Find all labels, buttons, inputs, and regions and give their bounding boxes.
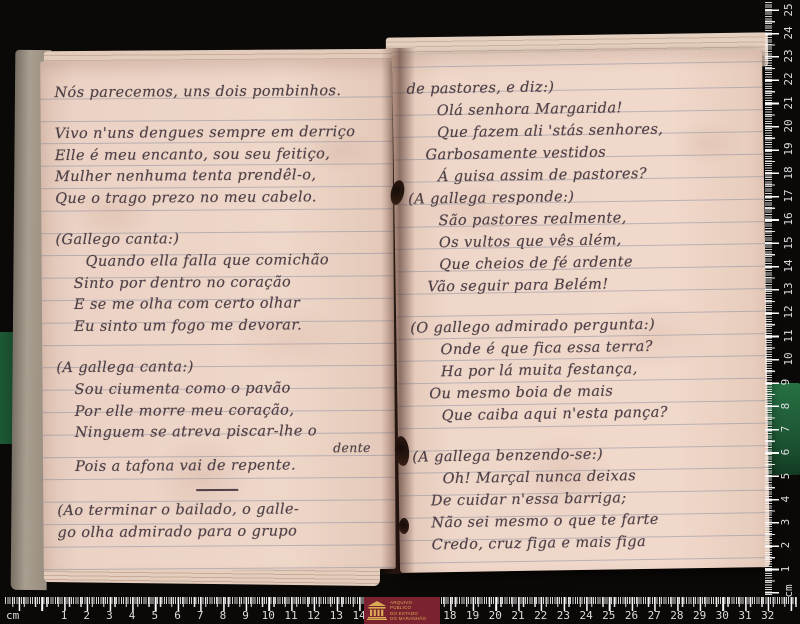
right-ruler-unit-label: cm [782, 584, 795, 597]
right-ruler-number: 8 [779, 402, 792, 409]
right-ruler-number: 1 [779, 565, 792, 572]
bottom-ruler-number: 19 [466, 609, 479, 622]
right-ruler-number: 21 [782, 96, 795, 109]
left-page-text: Nós parecemos, uns dois pombinhos.Vivo n… [40, 59, 396, 571]
handwritten-line: Mulher nenhuma tenta prendêl-o, [55, 165, 385, 189]
bottom-ruler-number: 30 [716, 609, 729, 622]
bottom-ruler-number: 26 [625, 609, 638, 622]
right-ruler-number: 18 [782, 166, 795, 179]
bottom-ruler-number: 3 [106, 609, 113, 622]
bottom-ruler-number: 8 [220, 609, 227, 622]
bottom-ruler-number: 32 [761, 609, 774, 622]
right-ruler-number: 16 [782, 213, 795, 226]
bottom-ruler-number: 4 [129, 609, 136, 622]
bottom-ruler-number: 31 [738, 609, 751, 622]
bottom-ruler-number: 9 [242, 609, 249, 622]
bottom-ruler-number: 21 [511, 609, 524, 622]
bottom-ruler-number: 22 [534, 609, 547, 622]
handwritten-line: Por elle morre meu coração, [57, 399, 387, 423]
handwritten-line: Sou ciumenta como o pavão [56, 378, 386, 402]
right-page: de pastores, e diz:)Olá senhora Margarid… [392, 49, 770, 573]
handwritten-line: Pois a tafona vai de repente. [57, 455, 387, 479]
right-ruler-number: 13 [782, 282, 795, 295]
left-page: Nós parecemos, uns dois pombinhos.Vivo n… [40, 59, 396, 571]
bottom-ruler-number: 7 [197, 609, 204, 622]
handwritten-line: Que o trago prezo no meu cabelo. [55, 187, 385, 211]
right-ruler-number: 10 [782, 352, 795, 365]
bottom-ruler-number: 24 [579, 609, 592, 622]
archive-building-icon [367, 601, 387, 620]
right-ruler-number: 3 [779, 519, 792, 526]
bottom-ruler-number: 13 [330, 609, 343, 622]
right-ruler-number: 6 [779, 449, 792, 456]
handwritten-line: go olha admirado para o grupo [57, 521, 387, 545]
right-ruler-number: 5 [779, 472, 792, 479]
archive-logo-text: ArquivoPúblicodo Estadodo Maranhão [390, 600, 426, 621]
right-ruler-number: 7 [779, 426, 792, 433]
handwritten-line: (A gallega canta:) [56, 356, 386, 380]
bottom-ruler-number: 18 [443, 609, 456, 622]
right-ruler-major-ticks [765, 2, 779, 596]
handwritten-line: Quando ella falla que comichão [56, 250, 386, 274]
handwritten-line [55, 103, 385, 124]
bottom-ruler-number: 2 [83, 609, 90, 622]
bottom-ruler-number: 11 [284, 609, 297, 622]
bottom-ruler-number: 20 [489, 609, 502, 622]
bottom-ruler-number: 12 [307, 609, 320, 622]
manuscript-photo: Nós parecemos, uns dois pombinhos.Vivo n… [0, 0, 800, 624]
bottom-ruler-number: 5 [151, 609, 158, 622]
right-ruler-number: 25 [782, 3, 795, 16]
right-ruler-number: 14 [782, 259, 795, 272]
right-ruler-number: 2 [779, 542, 792, 549]
handwritten-line [56, 337, 386, 358]
archive-logo: ArquivoPúblicodo Estadodo Maranhão [364, 597, 440, 624]
right-ruler-number: 4 [779, 495, 792, 502]
bottom-ruler-number: 10 [262, 609, 275, 622]
right-ruler-number: 23 [782, 49, 795, 62]
handwritten-line [55, 209, 385, 230]
archive-logo-text-line: do Maranhão [390, 616, 426, 621]
handwritten-line: Vivo n'uns dengues sempre em derriço [55, 122, 385, 146]
right-ruler: cm 1234567891011121314151617181920212223… [763, 0, 800, 598]
bottom-ruler-unit-label: cm [6, 609, 19, 622]
right-ruler-number: 20 [782, 119, 795, 132]
bottom-ruler-number: 1 [61, 609, 68, 622]
right-ruler-number: 11 [782, 329, 795, 342]
handwritten-line: Sinto por dentro no coração [56, 271, 386, 295]
right-ruler-number: 15 [782, 236, 795, 249]
right-ruler-number: 17 [782, 189, 795, 202]
handwritten-line: Credo, cruz figa e mais figa [413, 529, 761, 556]
bottom-ruler-number: 27 [648, 609, 661, 622]
right-ruler-number: 12 [782, 306, 795, 319]
right-ruler-number: 24 [782, 26, 795, 39]
handwritten-line: Eu sinto um fogo me devorar. [56, 315, 386, 339]
bottom-ruler-number: 6 [174, 609, 181, 622]
ink-blot [399, 518, 409, 534]
handwritten-line: (Gallego canta:) [55, 228, 385, 252]
bottom-ruler-number: 28 [670, 609, 683, 622]
bottom-ruler-number: 23 [557, 609, 570, 622]
handwritten-line: E se me olha com certo olhar [56, 293, 386, 317]
bottom-ruler-number: 25 [602, 609, 615, 622]
handwritten-line: Nós parecemos, uns dois pombinhos. [54, 81, 384, 105]
right-page-text: de pastores, e diz:)Olá senhora Margarid… [392, 49, 770, 573]
right-ruler-number: 19 [782, 143, 795, 156]
handwritten-line [57, 477, 387, 501]
handwritten-line: Elle é meu encanto, sou seu feitiço, [55, 143, 385, 167]
right-ruler-number: 22 [782, 73, 795, 86]
bottom-ruler-number: 29 [693, 609, 706, 622]
right-ruler-number: 9 [779, 379, 792, 386]
handwritten-line: (Ao terminar o bailado, o galle- [57, 499, 387, 523]
